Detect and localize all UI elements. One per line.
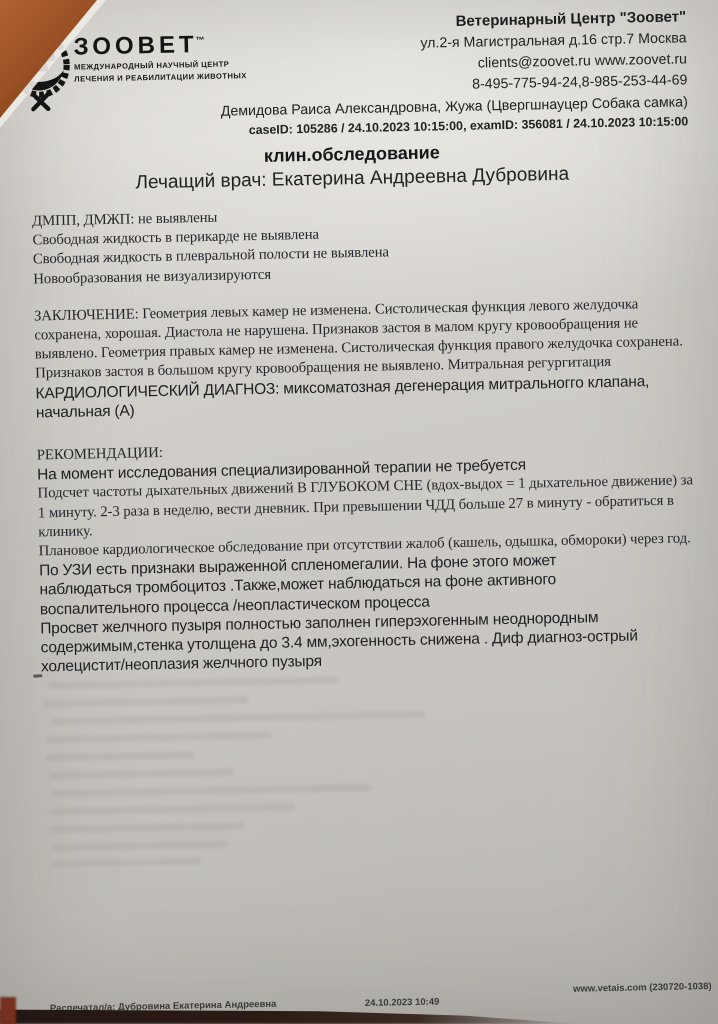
header-contact-block: Ветеринарный Центр "Зоовет" ул.2-я Магис… — [219, 6, 689, 139]
bleed-line — [50, 711, 425, 726]
logo-brand-text: ЗООВЕТ — [73, 31, 198, 60]
paper-sheet: ЗООВЕТ™ МЕЖДУНАРОДНЫЙ НАУЧНЫЙ ЦЕНТР ЛЕЧЕ… — [0, 0, 718, 1024]
report-section: ДМПП, ДМЖП: не выявленыСвободная жидкост… — [32, 199, 709, 289]
bleed-line — [50, 803, 295, 815]
document-photo: ЗООВЕТ™ МЕЖДУНАРОДНЫЙ НАУЧНЫЙ ЦЕНТР ЛЕЧЕ… — [0, 0, 718, 1024]
bleed-line — [49, 769, 234, 780]
bleed-line — [51, 858, 201, 867]
footer-datetime: 24.10.2023 10:49 — [365, 996, 440, 1008]
bleed-line — [50, 822, 245, 833]
bleed-line — [53, 841, 228, 852]
bleed-line — [52, 784, 372, 797]
report-section: ЗАКЛЮЧЕНИЕ: Геометрия левых камер не изм… — [34, 294, 712, 423]
ink-dash-mark — [33, 674, 42, 677]
logo-trademark: ™ — [195, 35, 204, 45]
bleed-through-block — [0, 0, 708, 7]
bleed-line — [45, 751, 195, 761]
bottom-corner-red — [0, 997, 16, 1024]
report-section: РЕКОМЕНДАЦИИ:На момент исследования спец… — [37, 433, 717, 677]
bleed-line — [44, 696, 249, 707]
bleed-line — [46, 732, 271, 744]
bleed-line — [48, 676, 338, 689]
footer-source: www.vetais.com (230720-1038) — [573, 981, 712, 995]
report-body: ДМПП, ДМЖП: не выявленыСвободная жидкост… — [32, 199, 717, 677]
